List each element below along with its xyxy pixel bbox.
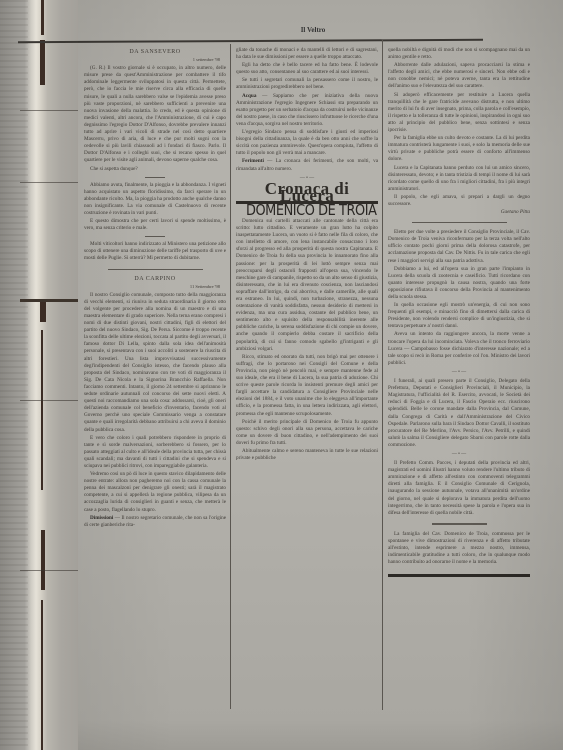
article-paragraph: Ricco, stimato ed onorato da tutti, non …	[236, 354, 378, 418]
author-signature: Gaetano Pitta	[388, 209, 530, 216]
page-fold	[20, 182, 80, 183]
rubric-text: — Sappiamo che per iniziativa della nuov…	[236, 93, 378, 127]
binding-crack	[40, 300, 46, 322]
article-paragraph: (G. R.) Il vostro giornale si è occupato…	[84, 65, 226, 164]
article-paragraph: Eletto per due volte a presiedere il Con…	[388, 229, 530, 264]
binding-crack	[41, 600, 43, 750]
page-bottom-margin	[78, 720, 563, 750]
header-rule	[18, 39, 483, 43]
binding-crack	[40, 40, 45, 85]
newspaper-page: Il Veltro DA SANSEVERO 1 settembre '98 (…	[78, 0, 563, 750]
page-fold	[20, 400, 80, 401]
article-separator	[432, 523, 487, 525]
binding-crack	[41, 0, 44, 35]
separator	[145, 236, 165, 237]
article-paragraph: Abborrente dalle adulazioni, sapeva proc…	[388, 62, 530, 90]
article-paragraph: Se tutti i segretari comunali la pensass…	[236, 77, 378, 91]
article-paragraph: Si adoperò efficacemente per restituire …	[388, 92, 530, 135]
separator	[145, 177, 165, 178]
previous-page-edge	[0, 0, 28, 750]
ornament-separator: — • —	[388, 451, 530, 458]
column-2: gliate da tonache di monaci e da mantell…	[236, 47, 378, 463]
rubric-ferimenti: Ferimenti	[242, 158, 264, 164]
article-paragraph: E vero che coloro i quali potrebbero ris…	[84, 435, 226, 470]
article-dateline: 11 Settembre '98	[84, 283, 220, 290]
ornament-separator: — • —	[388, 369, 530, 376]
article-paragraph: Dimissioni — Il nostro segretario comuna…	[84, 515, 226, 529]
page-fold	[20, 570, 80, 571]
article-paragraph: Egli ha detto che è bello tacere ed ha f…	[236, 62, 378, 76]
article-paragraph: quella nobiltà e dignità di modi che non…	[388, 47, 530, 61]
book-binding	[0, 0, 82, 750]
obituary-title: DOMENICO DE TROIA	[246, 207, 368, 214]
page-fold	[20, 110, 80, 111]
article-paragraph: Poichè il merito principale di Domenico …	[236, 419, 378, 447]
article-paragraph: gliate da tonache di monaci e da mantell…	[236, 47, 378, 61]
end-rule	[388, 574, 530, 577]
article-paragraph: Che si aspetta dunque?	[84, 166, 226, 173]
article-paragraph: Acqua — Sappiamo che per iniziativa dell…	[236, 93, 378, 128]
article-paragraph: Per la famiglia ebbe un culto devoto e c…	[388, 135, 530, 163]
article-paragraph: La famiglia del Cav. Domenico de Troia, …	[388, 531, 530, 566]
article-paragraph: Il nostro Consiglio comunale, composto t…	[84, 292, 226, 434]
article-paragraph: E questo dimostra che per certi lavori s…	[84, 218, 226, 232]
article-separator	[412, 222, 507, 223]
article-paragraph: Il Prefetto Comm. Pacces, i deputati del…	[388, 460, 530, 517]
article-paragraph: Abbiamo avuta, finalmente, la pioggia e …	[84, 182, 226, 217]
article-paragraph: Ferimenti — La cronaca dei ferimenti, ch…	[236, 158, 378, 172]
article-separator	[108, 269, 203, 270]
article-paragraph: Molti viticoltori hanno indirizzato al M…	[84, 241, 226, 262]
binding-crack	[41, 330, 43, 490]
binding-crack	[41, 530, 45, 590]
masthead-title: Il Veltro	[253, 26, 373, 34]
section-title-cronaca: Cronaca di Lucera	[236, 185, 378, 199]
article-headline-sansevero: DA SANSEVERO	[84, 49, 226, 56]
article-paragraph: Vedremo così un pò di luce in questo sta…	[84, 471, 226, 514]
column-divider	[382, 40, 383, 710]
column-divider	[230, 44, 231, 709]
article-paragraph: Abitualmente calmo e sereno manteneva in…	[236, 448, 378, 462]
column-3: quella nobiltà e dignità di modi che non…	[388, 47, 530, 577]
article-paragraph: Il popolo, che egli amava, si prepari a …	[388, 194, 530, 208]
article-paragraph: In quella occasione egli mostrò un'energ…	[388, 302, 530, 330]
column-1: DA SANSEVERO 1 settembre '98 (G. R.) Il …	[84, 47, 226, 530]
page-fold	[20, 299, 80, 302]
article-paragraph: Lucera e la Capitanata hanno perduto con…	[388, 165, 530, 193]
article-paragraph: Dobbiamo a lui, ed all'opera sua in gran…	[388, 266, 530, 301]
article-paragraph: L'egregio Sindaco pensa di soddisfare i …	[236, 129, 378, 157]
article-paragraph: Domenica sui cartelli attaccati alle can…	[236, 218, 378, 353]
rubric-acqua: Acqua	[242, 93, 256, 99]
article-paragraph: Aveva un intento da raggiungere ancora, …	[388, 331, 530, 366]
article-dateline: 1 settembre '98	[84, 56, 220, 63]
article-headline-carpino: DA CARPINO	[84, 276, 226, 283]
rubric-dimissioni: Dimissioni	[90, 515, 113, 521]
article-paragraph: I funerali, ai quali presero parte il Co…	[388, 378, 530, 449]
